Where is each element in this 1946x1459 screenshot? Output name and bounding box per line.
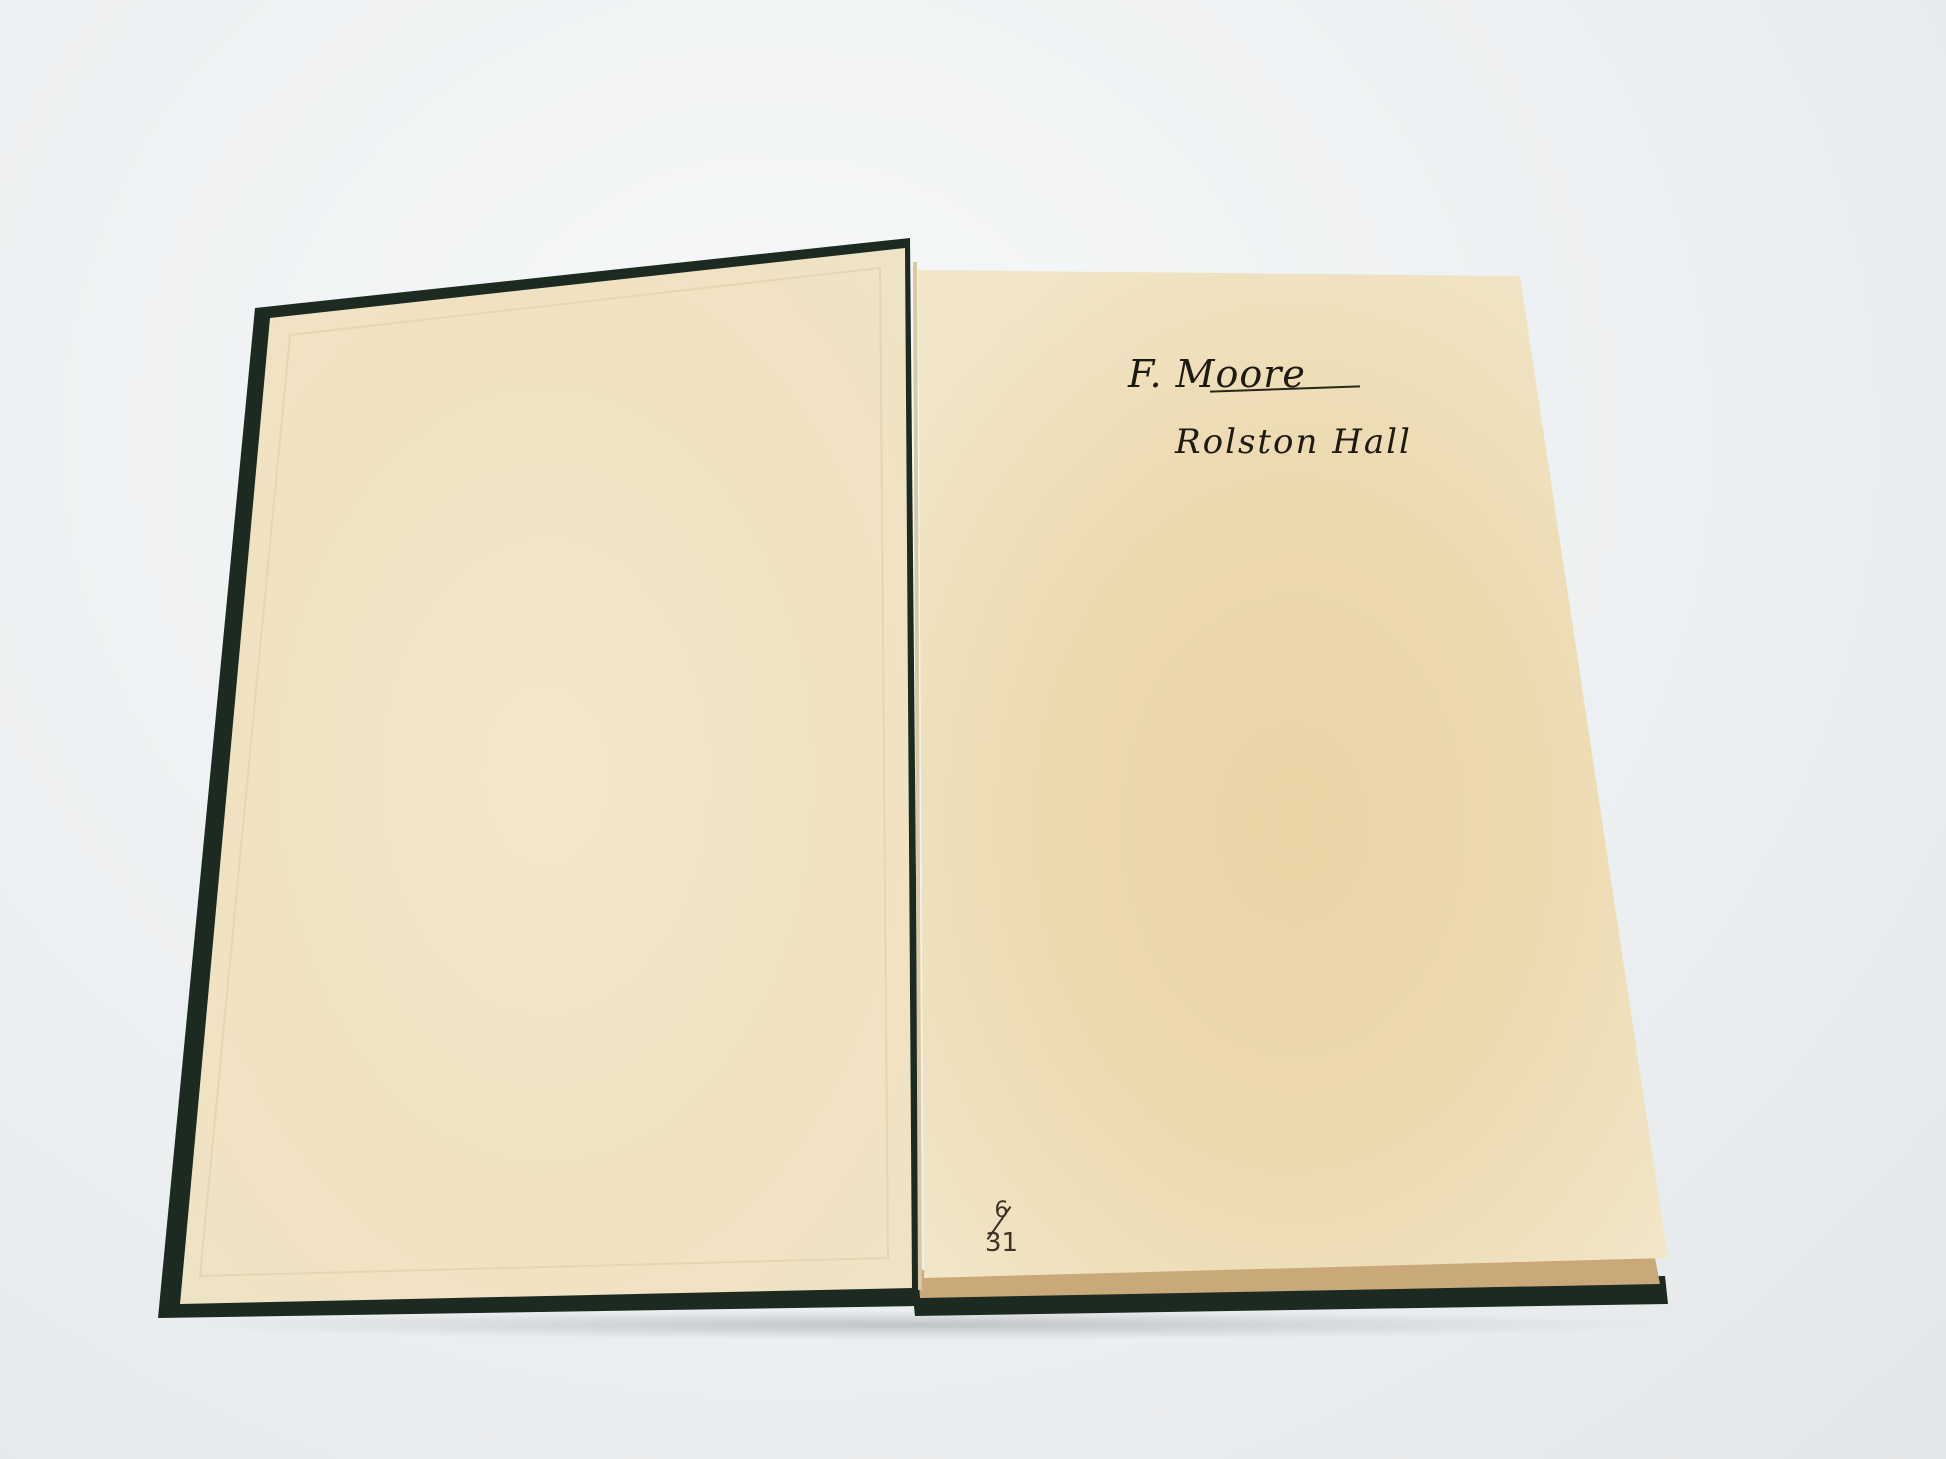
book-photo: F. Moore Rolston Hall 6 31	[0, 0, 1946, 1459]
owner-location: Rolston Hall	[1175, 422, 1412, 462]
open-book	[0, 0, 1946, 1459]
left-endpaper	[180, 248, 912, 1304]
pencil-price-mark: 6 31	[985, 1200, 1018, 1256]
